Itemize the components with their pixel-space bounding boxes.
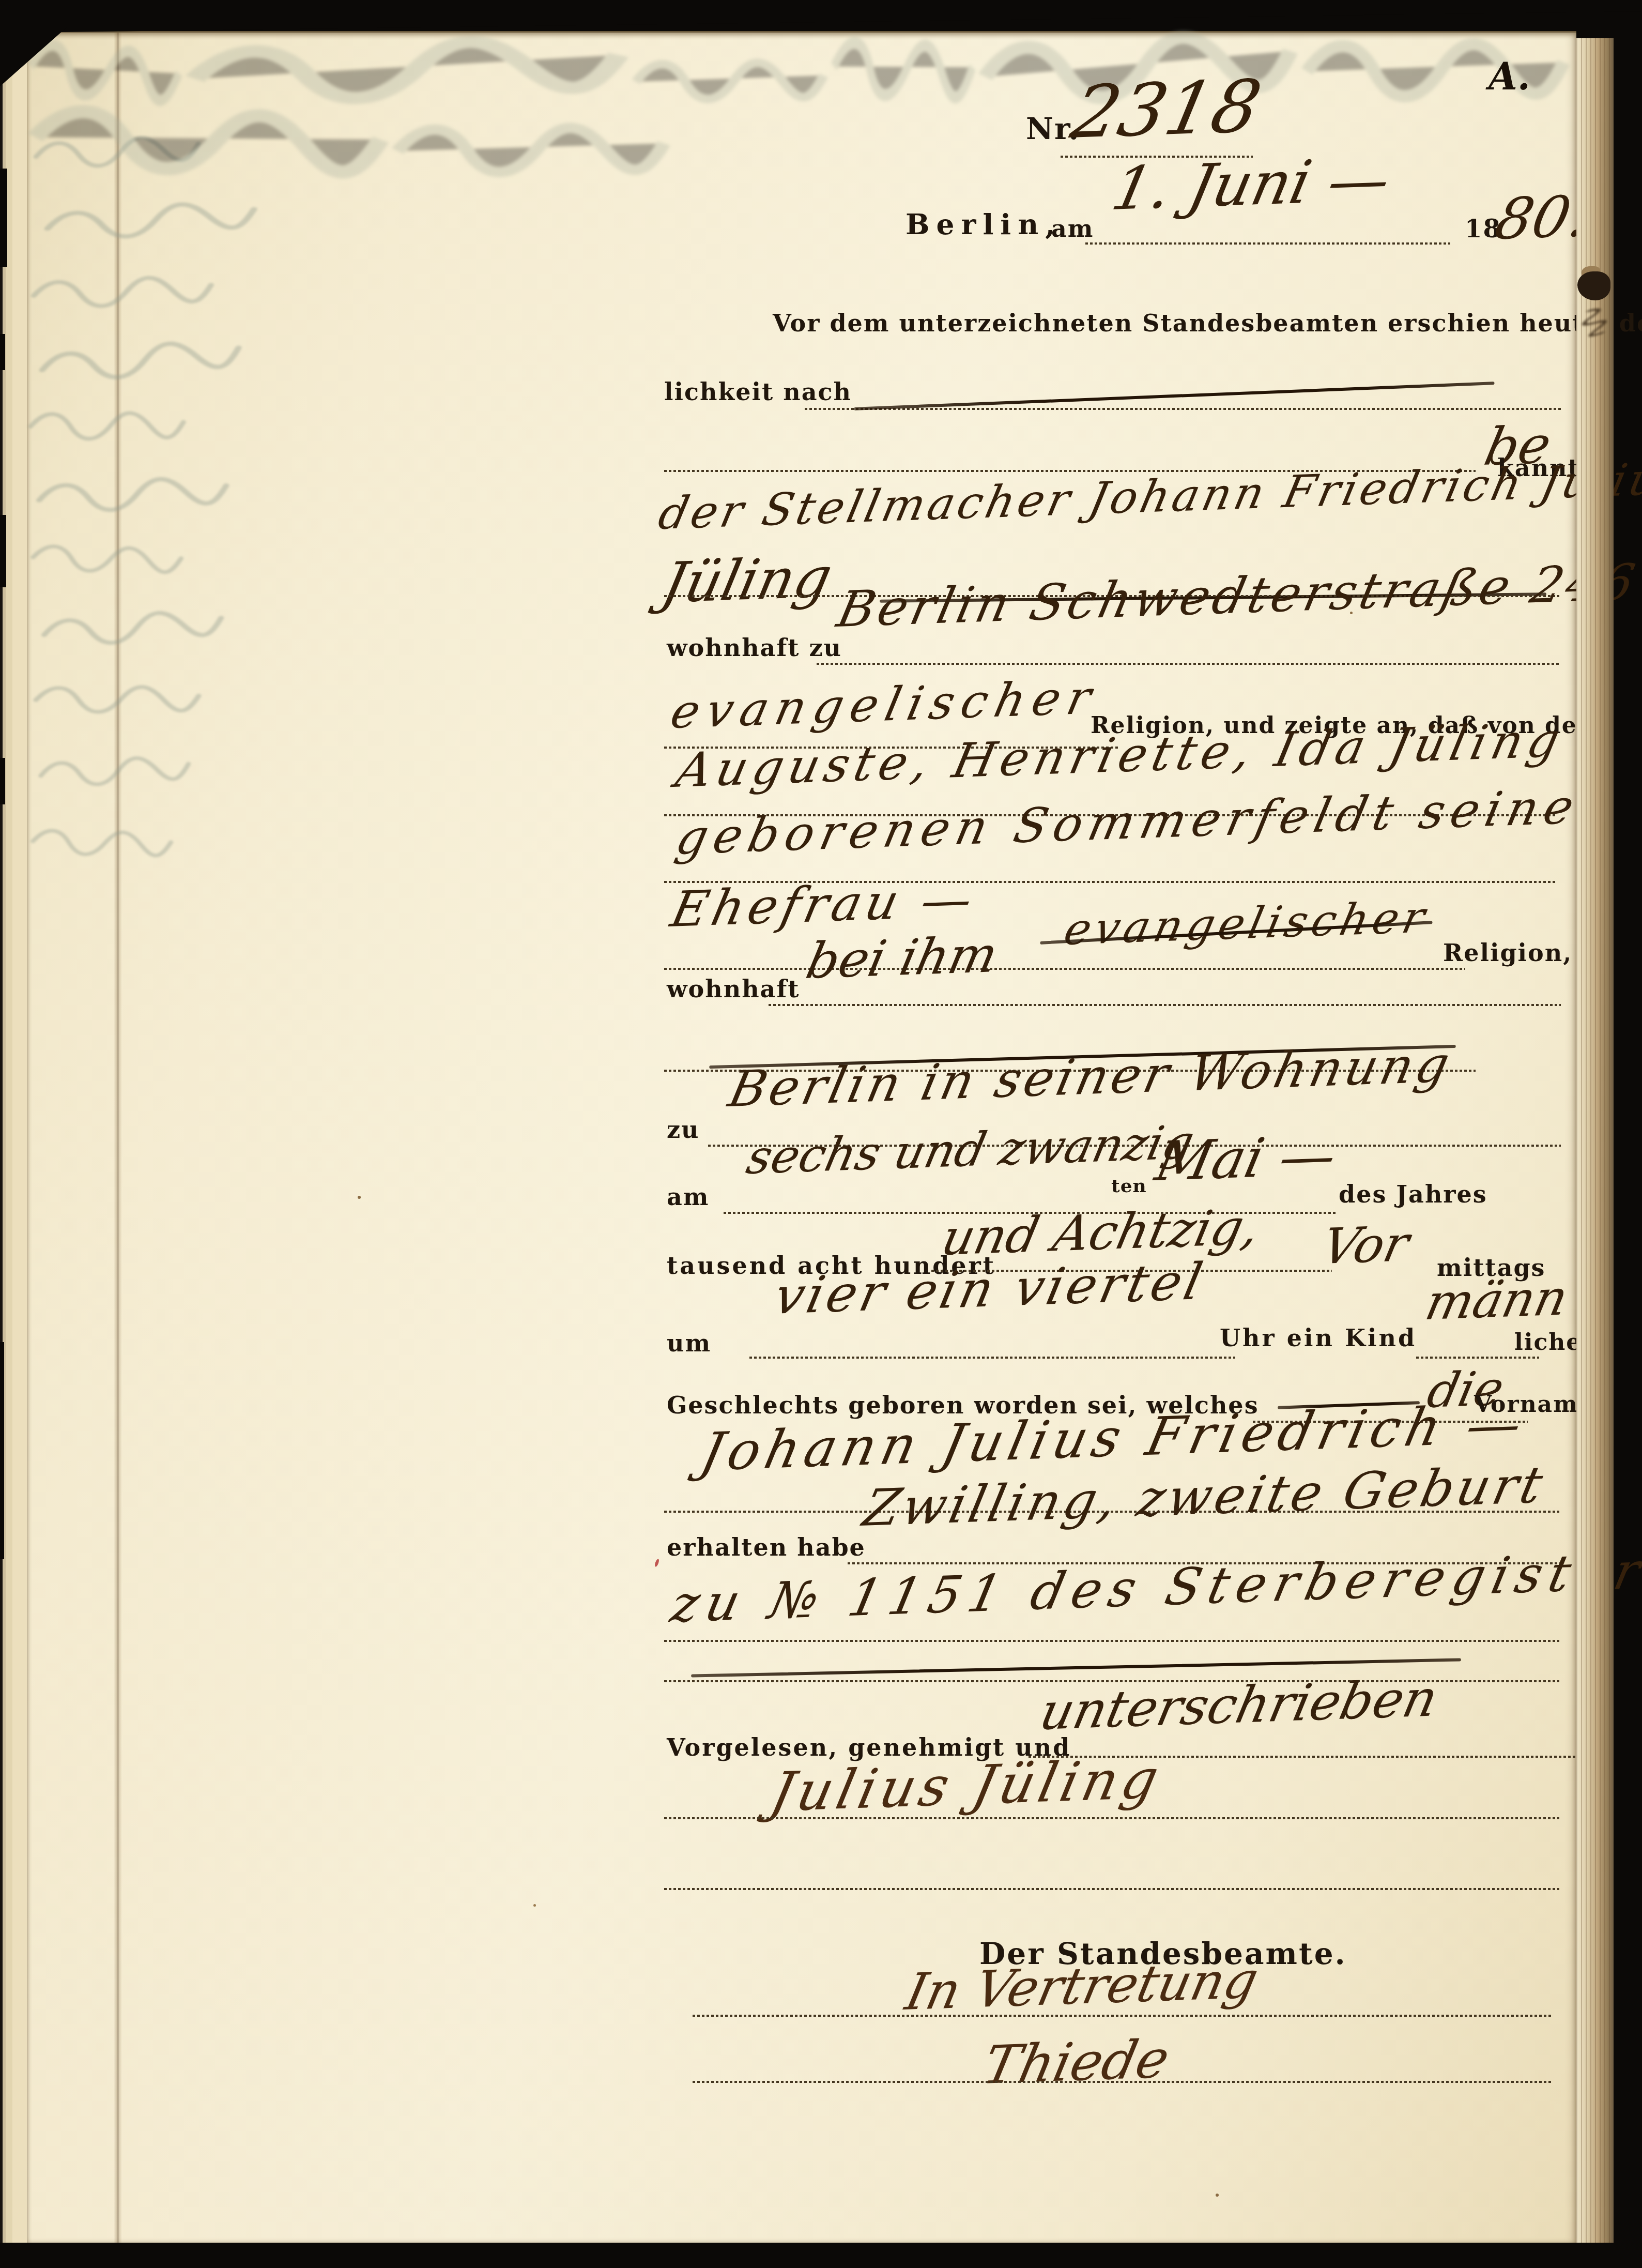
ink-bleed-through [29,272,216,313]
dotted-rule [693,2015,1553,2017]
intro-line1: Vor dem unterzeichneten Standesbeamten e… [773,309,1642,337]
closing-handwritten: unterschrieben [1036,1673,1442,1738]
dotted-rule [664,968,1465,970]
declarant-line1-handwritten: der Stellmacher Johann Friedrich Julius [655,456,1642,536]
book-right-page-stack-edge [1576,38,1614,2244]
certificate-page: A. Nr. 2318 Berlin, am 1. Juni — 18 80. … [27,31,1576,2246]
mother-religion-print: Religion, [1443,939,1572,967]
ink-bleed-through [29,542,185,578]
ink-bleed-through [29,826,175,861]
residence-handwritten: Berlin Schwedterstraße 246 [833,557,1642,634]
ink-bleed-through [34,472,232,519]
ink-bleed-through [27,410,187,443]
page-corner-mark: A. [1488,54,1530,98]
ink-bleed-through [32,684,203,716]
dotted-rule [817,663,1561,665]
ink-speck [654,1558,659,1567]
dotted-rule [1085,242,1450,245]
dateline-am-label: am [1051,215,1094,242]
dateline-date-handwritten: 1. Juni — [1107,150,1395,219]
received-label: erhalten habe [667,1533,866,1561]
dotted-rule [664,1817,1559,1819]
deputy-note-handwritten: In Vertretung [901,1955,1263,2018]
ink-bleed-through [36,334,245,389]
scan-background-top [0,0,1642,33]
ink-bleed-through [41,195,260,247]
birthplace-zu-label: zu [667,1116,700,1144]
ink-bleed-through [26,101,390,186]
birthplace-handwritten: Berlin in seiner Wohnung [725,1040,1456,1114]
dotted-rule [664,1640,1559,1642]
paper-speck [358,1196,361,1199]
paper-speck [533,1904,536,1907]
dateline-city: Berlin, [906,207,1062,241]
declarant-religion-handwritten: evangelischer [667,675,1102,736]
birthday-month-handwritten: Mai — [1151,1129,1341,1189]
page-edge-notch [0,758,5,804]
mother-ehefrau-handwritten: Ehefrau — [667,875,980,935]
sex-handwritten: männ [1421,1274,1572,1328]
birthday-am-label: am [667,1183,709,1211]
daytime-handwritten: Vor [1318,1220,1413,1272]
residence-label: wohnhaft zu [667,634,842,662]
birthday-day-handwritten: sechs und zwanzig [743,1119,1198,1181]
page-edge-notch [0,334,5,370]
ink-bleed-through [39,605,227,652]
ink-bleed-through [632,58,828,105]
mother-residence-label: wohnhaft [667,975,800,1003]
page-edge-notch [0,169,7,267]
mother-residence-handwritten: bei ihm [802,930,1002,986]
scan-background-bottom [0,2243,1642,2268]
dotted-rule [749,1357,1235,1359]
paper-speck [1350,612,1353,614]
dotted-rule [769,1004,1561,1006]
birthday-year-intro-print: des Jahres [1339,1180,1487,1208]
ink-bleed-through [37,752,193,791]
mother-maiden-handwritten: geborenen Sommerfeldt seiner [672,782,1614,862]
pen-stroke [854,382,1494,410]
time-um-label: um [667,1329,711,1357]
page-edge-notch [0,1342,4,1559]
ink-bleed-through [828,33,977,110]
declarant-surname-handwritten: Jüling [657,550,836,612]
ink-bleed-through [391,123,670,179]
time-handwritten: vier ein viertel [770,1256,1209,1322]
intro-line2-label: lichkeit nach [664,378,852,406]
dotted-rule [1416,1357,1539,1359]
time-uhr-print: Uhr ein Kind [1220,1324,1417,1352]
dotted-rule [693,2081,1553,2083]
record-number-value: 2318 [1066,71,1267,149]
ink-stain-blob [1577,271,1610,300]
ink-bleed-through [183,30,630,113]
book-left-page-stack-edge [0,24,27,2244]
paper-speck [1216,2194,1219,2197]
page-edge-notch [0,515,6,587]
dotted-rule [664,1888,1559,1890]
declarant-signature: Julius Jüling [766,1752,1167,1820]
birthday-day-suffix-print: ten [1111,1175,1147,1197]
dotted-rule [805,408,1561,410]
registrar-signature: Thiede [979,2033,1174,2092]
birthyear-handwritten: und Achtzig, [938,1203,1264,1263]
